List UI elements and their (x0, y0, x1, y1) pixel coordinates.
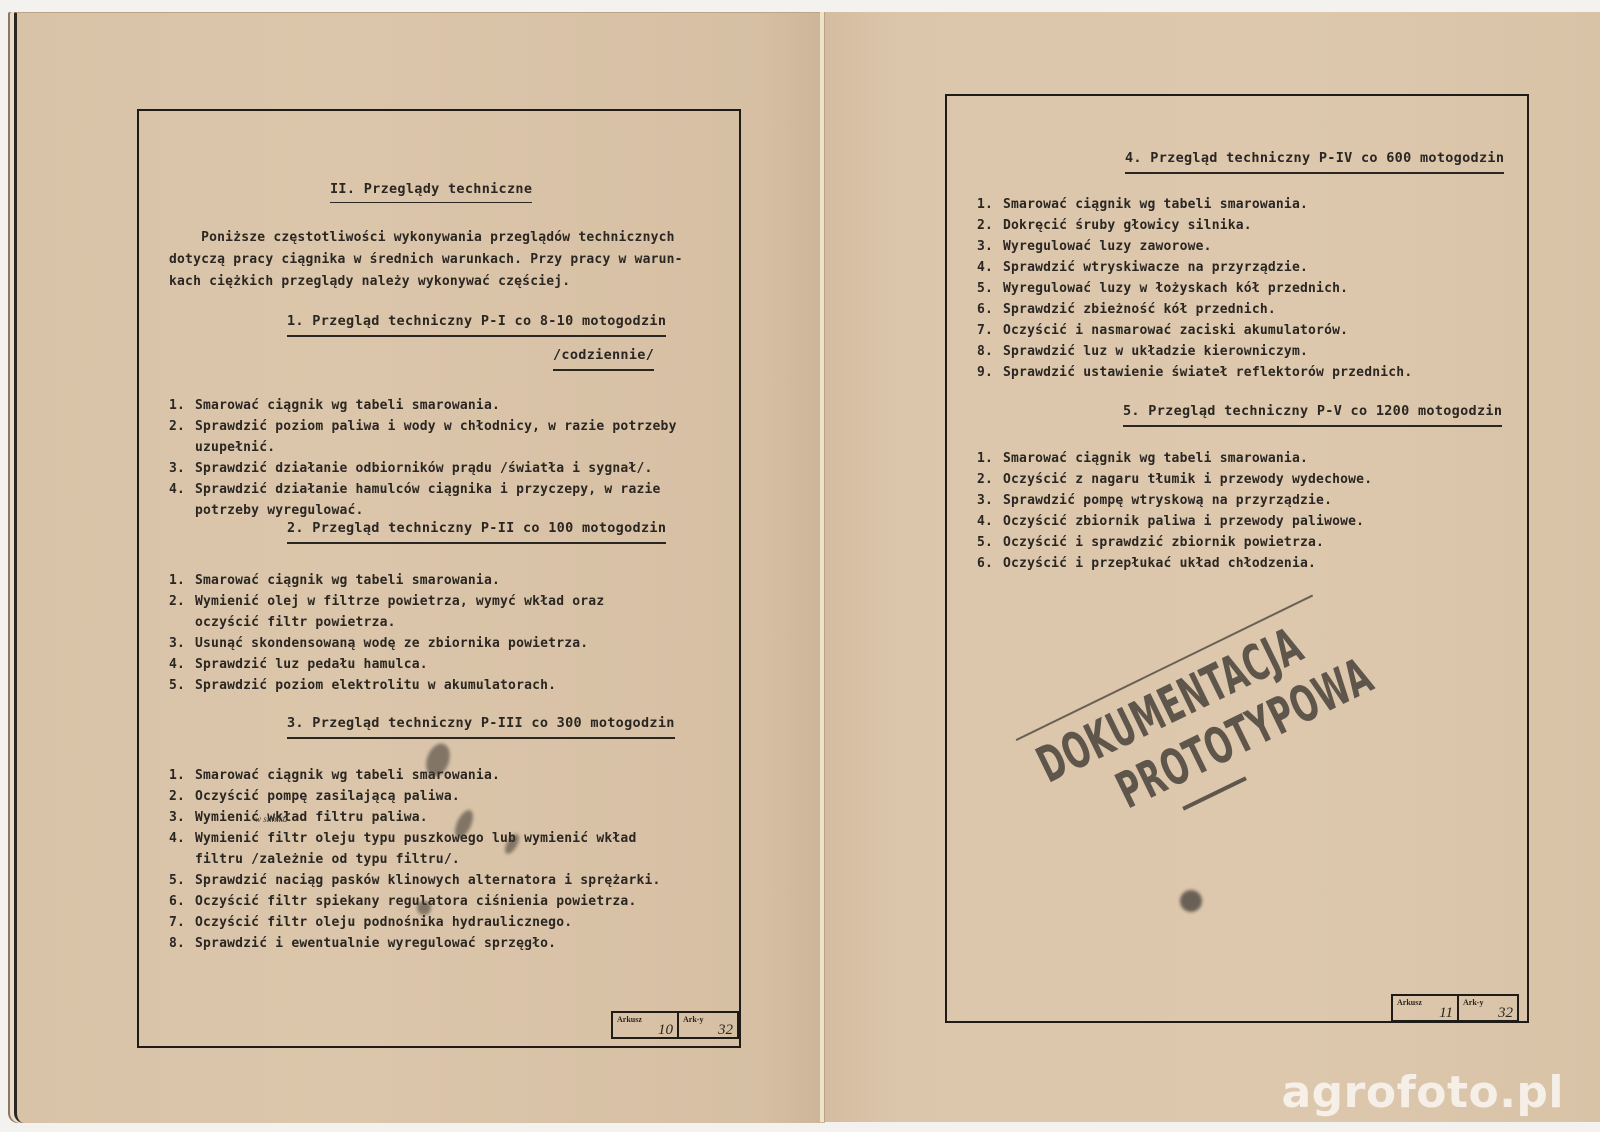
list-item: 8.Sprawdzić i ewentualnie wyregulować sp… (169, 933, 661, 954)
list-item: 6.Oczyścić filtr spiekany regulatora ciś… (169, 891, 661, 912)
list-item: 2.Dokręcić śruby głowicy silnika. (977, 215, 1412, 236)
list-item: 4.Sprawdzić luz pedału hamulca. (169, 654, 604, 675)
intro-line: Poniższe częstotliwości wykonywania prze… (169, 230, 675, 245)
checklist-p3: 1.Smarować ciągnik wg tabeli smarowania.… (169, 765, 661, 954)
list-item: 3.Sprawdzić pompę wtryskową na przyrządz… (977, 490, 1372, 511)
handwritten-note: w silniku (255, 814, 287, 824)
open-booklet: II. Przeglądy techniczne Poniższe często… (14, 12, 1600, 1122)
list-item: 1.Smarować ciągnik wg tabeli smarowania. (169, 570, 604, 591)
ink-smudge (417, 901, 431, 915)
list-item: 3.Wyregulować luzy zaworowe. (977, 236, 1412, 257)
list-item: 5.Sprawdzić poziom elektrolitu w akumula… (169, 675, 604, 696)
sheet-number-box: Arkusz 11 Ark-y 32 (1391, 994, 1519, 1022)
left-page: II. Przeglądy techniczne Poniższe często… (14, 12, 825, 1123)
watermark: agrofoto.pl (1281, 1067, 1564, 1118)
list-item: 2.Oczyścić z nagaru tłumik i przewody wy… (977, 469, 1372, 490)
right-page: 4. Przegląd techniczny P-IV co 600 motog… (825, 12, 1600, 1122)
list-item: 8.Sprawdzić luz w układzie kierowniczym. (977, 341, 1412, 362)
chapter-title: II. Przeglądy techniczne (330, 181, 532, 203)
list-item: 1.Smarować ciągnik wg tabeli smarowania. (169, 765, 661, 786)
list-item: 1.Smarować ciągnik wg tabeli smarowania. (977, 194, 1412, 215)
list-item: 5.Wyregulować luzy w łożyskach kół przed… (977, 278, 1412, 299)
list-item: 3.Sprawdzić działanie odbiorników prądu … (169, 458, 677, 479)
list-item: 4.Sprawdzić wtryskiwacze na przyrządzie. (977, 257, 1412, 278)
intro-line: dotyczą pracy ciągnika w średnich warunk… (169, 252, 683, 267)
list-item: 6.Sprawdzić zbieżność kół przednich. (977, 299, 1412, 320)
sheet-cell-total: Ark-y 32 (679, 1013, 737, 1037)
sheet-cell-arkusz: Arkusz 11 (1393, 996, 1459, 1020)
list-item: 7.Oczyścić filtr oleju podnośnika hydrau… (169, 912, 661, 933)
list-item: 1.Smarować ciągnik wg tabeli smarowania. (977, 448, 1372, 469)
list-item: 1.Smarować ciągnik wg tabeli smarowania. (169, 395, 677, 416)
section-title-p5: 5. Przegląd techniczny P-V co 1200 motog… (1123, 403, 1502, 427)
intro-line: kach ciężkich przeglądy należy wykonywać… (169, 274, 570, 289)
list-item: 7.Oczyścić i nasmarować zaciski akumulat… (977, 320, 1412, 341)
list-item: 2.Oczyścić pompę zasilającą paliwa. (169, 786, 661, 807)
section-title-p3: 3. Przegląd techniczny P-III co 300 moto… (287, 715, 675, 739)
sheet-cell-total: Ark-y 32 (1459, 996, 1517, 1020)
checklist-p4: 1.Smarować ciągnik wg tabeli smarowania.… (977, 194, 1412, 383)
list-item: 5.Sprawdzić naciąg pasków klinowych alte… (169, 870, 661, 891)
list-item: 4.Wymienić filtr oleju typu puszkowego l… (169, 828, 661, 870)
section-title-p4: 4. Przegląd techniczny P-IV co 600 motog… (1125, 150, 1504, 174)
ink-smudge (1180, 890, 1202, 912)
list-item: 9.Sprawdzić ustawienie świateł reflektor… (977, 362, 1412, 383)
sheet-cell-arkusz: Arkusz 10 (613, 1013, 679, 1037)
list-item: 2.Wymienić olej w filtrze powietrza, wym… (169, 591, 604, 633)
sheet-number-box: Arkusz 10 Ark-y 32 (611, 1011, 739, 1039)
list-item: 2.Sprawdzić poziom paliwa i wody w chłod… (169, 416, 677, 458)
checklist-p1: 1.Smarować ciągnik wg tabeli smarowania.… (169, 395, 677, 521)
section-title-p1: 1. Przegląd techniczny P-I co 8-10 motog… (287, 313, 666, 337)
checklist-p2: 1.Smarować ciągnik wg tabeli smarowania.… (169, 570, 604, 696)
section-title-p2: 2. Przegląd techniczny P-II co 100 motog… (287, 520, 666, 544)
section-subtitle-p1: /codziennie/ (553, 347, 654, 371)
intro-paragraph: Poniższe częstotliwości wykonywania prze… (169, 227, 683, 293)
list-item: 3.Wymienić wkład filtru paliwa. (169, 807, 661, 828)
list-item: 4.Sprawdzić działanie hamulców ciągnika … (169, 479, 677, 521)
list-item: 3.Usunąć skondensowaną wodę ze zbiornika… (169, 633, 604, 654)
